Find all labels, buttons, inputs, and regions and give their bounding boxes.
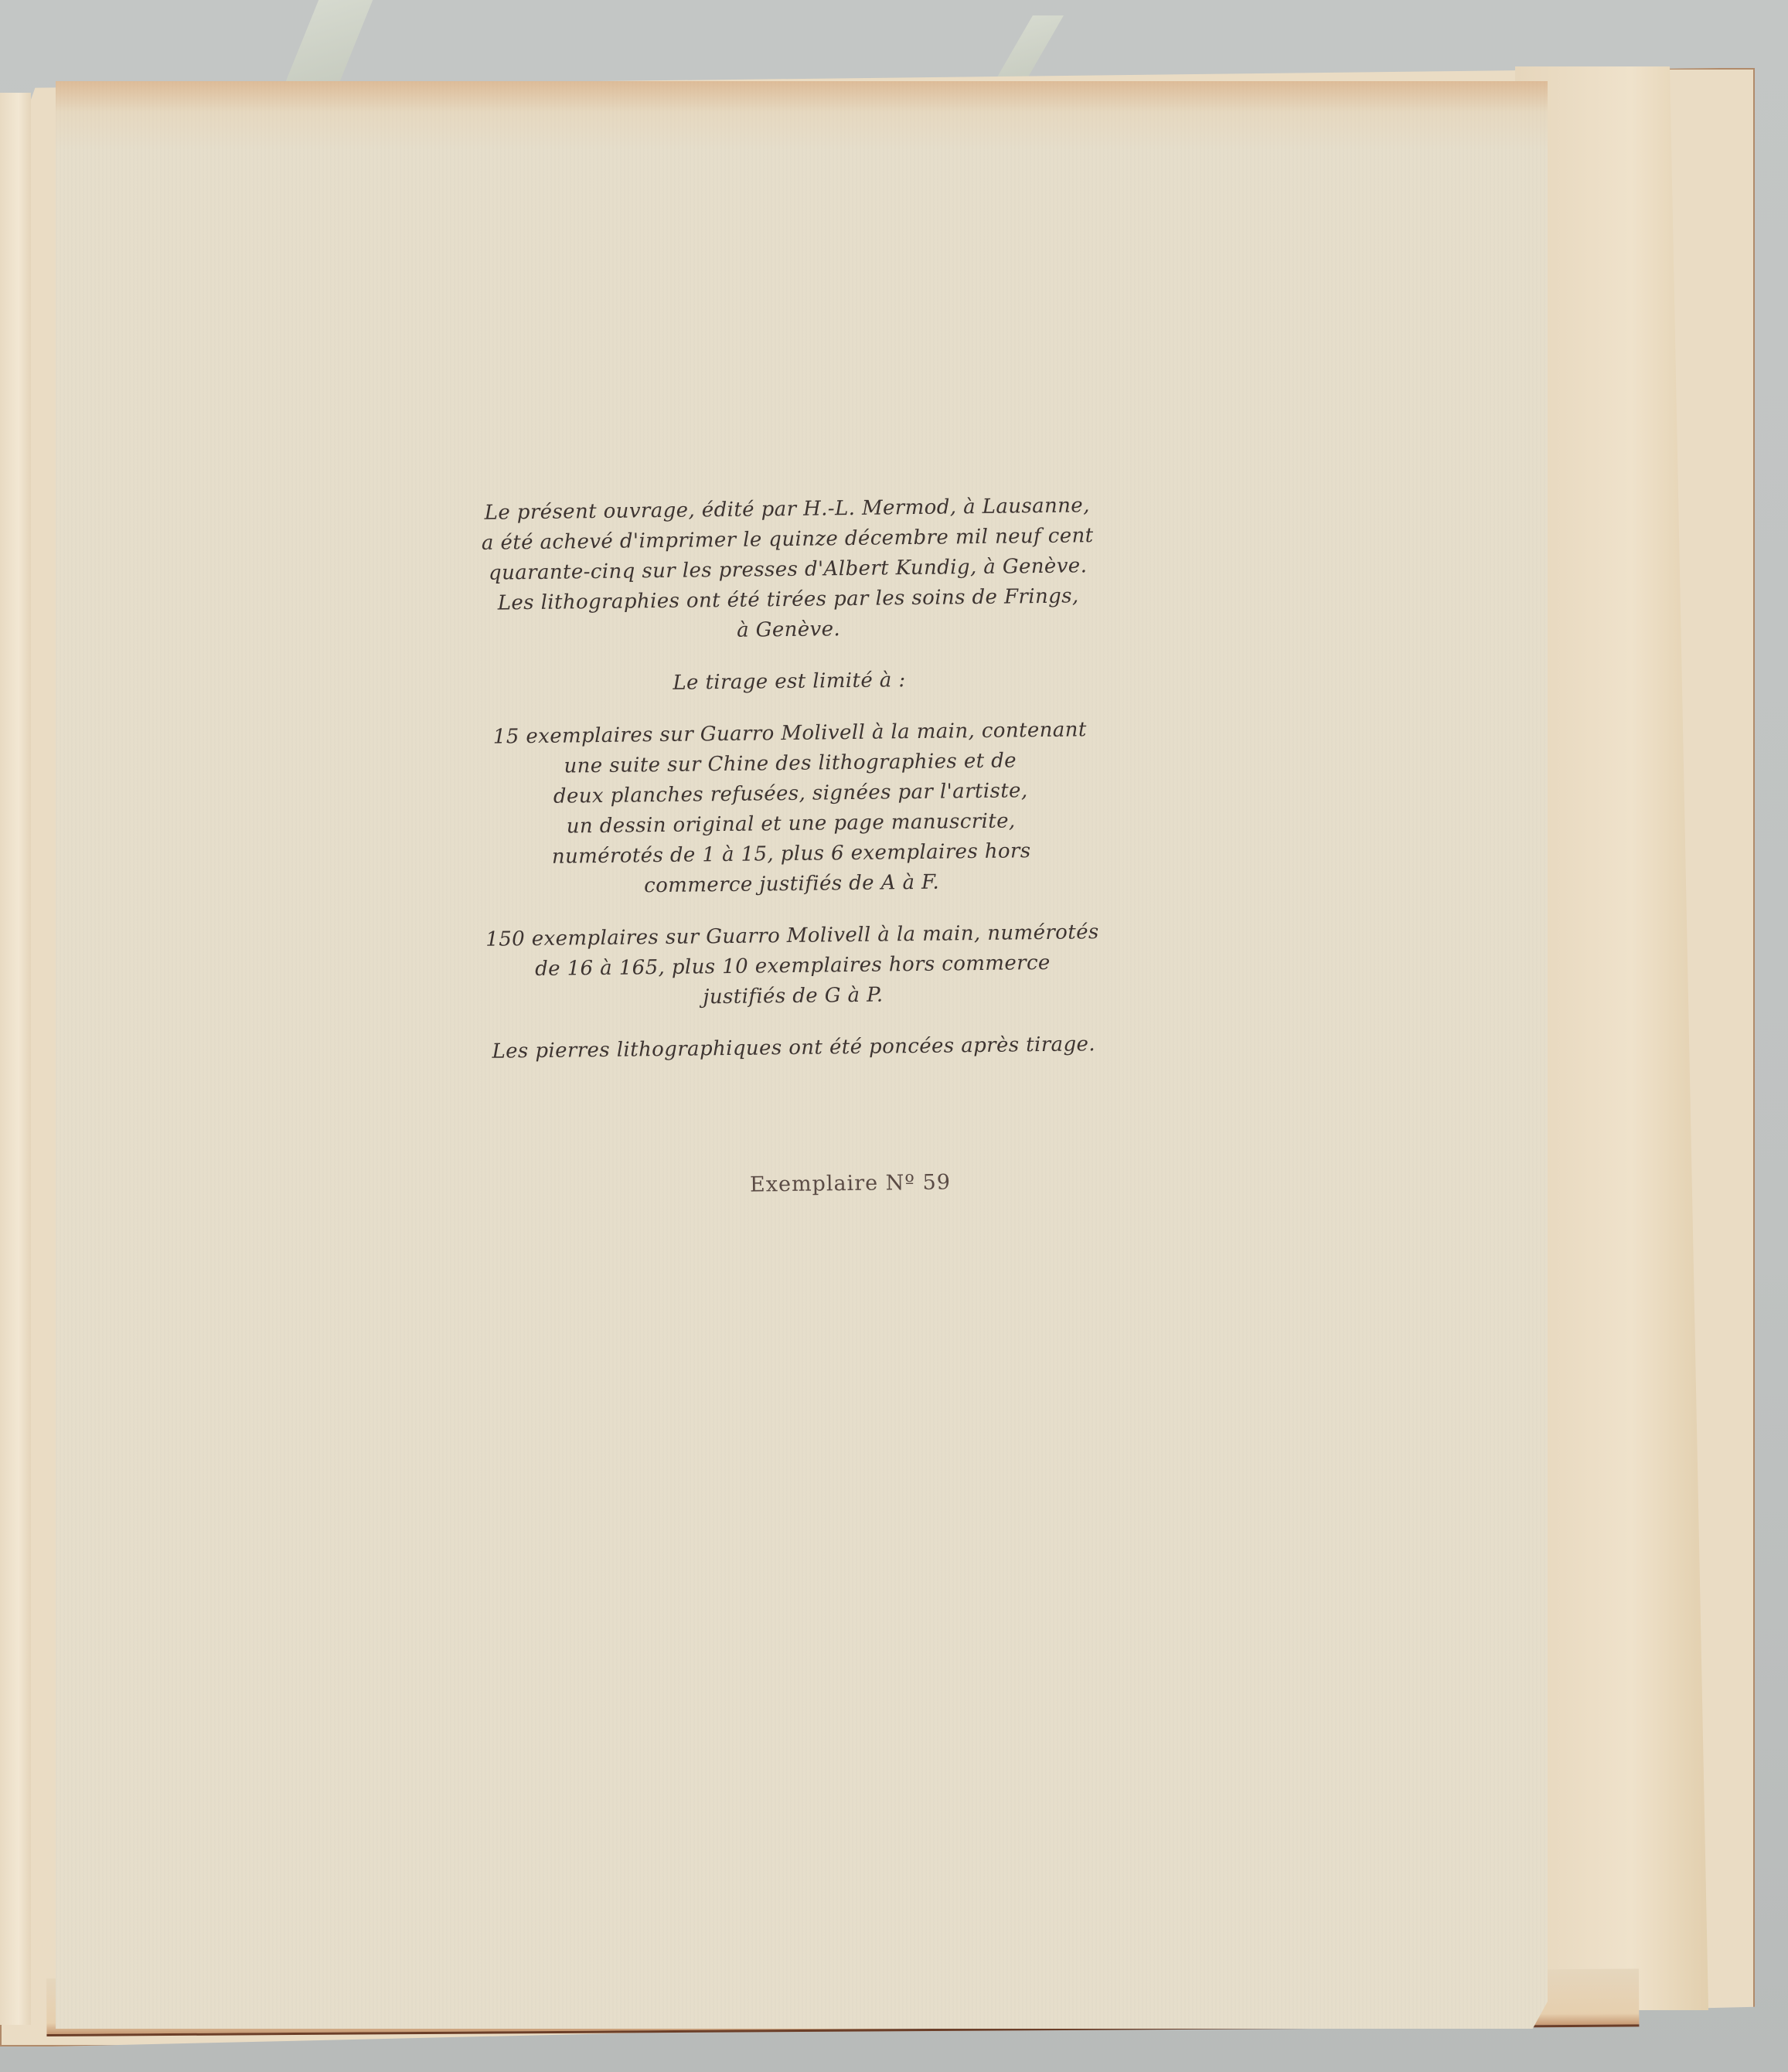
colophon-text: Le présent ouvrage, édité par H.-L. Merm…: [424, 490, 1157, 1089]
paragraph-publisher: Le présent ouvrage, édité par H.-L. Merm…: [424, 490, 1152, 649]
paragraph-limitation-heading: Le tirage est limité à :: [426, 662, 1153, 701]
paragraph-stones-note: Les pierres lithographiques ont été ponc…: [431, 1029, 1157, 1067]
text-line: Le tirage est limité à :: [426, 662, 1153, 701]
copy-number: Exemplaire Nº 59: [673, 1169, 1028, 1198]
paragraph-edition-150: 150 exemplaires sur Guarro Molivell à la…: [429, 917, 1156, 1016]
left-leaf-edge: [0, 93, 31, 2025]
text-line: Les pierres lithographiques ont été ponc…: [431, 1029, 1157, 1067]
paragraph-edition-15: 15 exemplaires sur Guarro Molivell à la …: [427, 714, 1156, 903]
ribbon-bookmark: [993, 15, 1064, 85]
ribbon-bookmark: [284, 0, 373, 85]
